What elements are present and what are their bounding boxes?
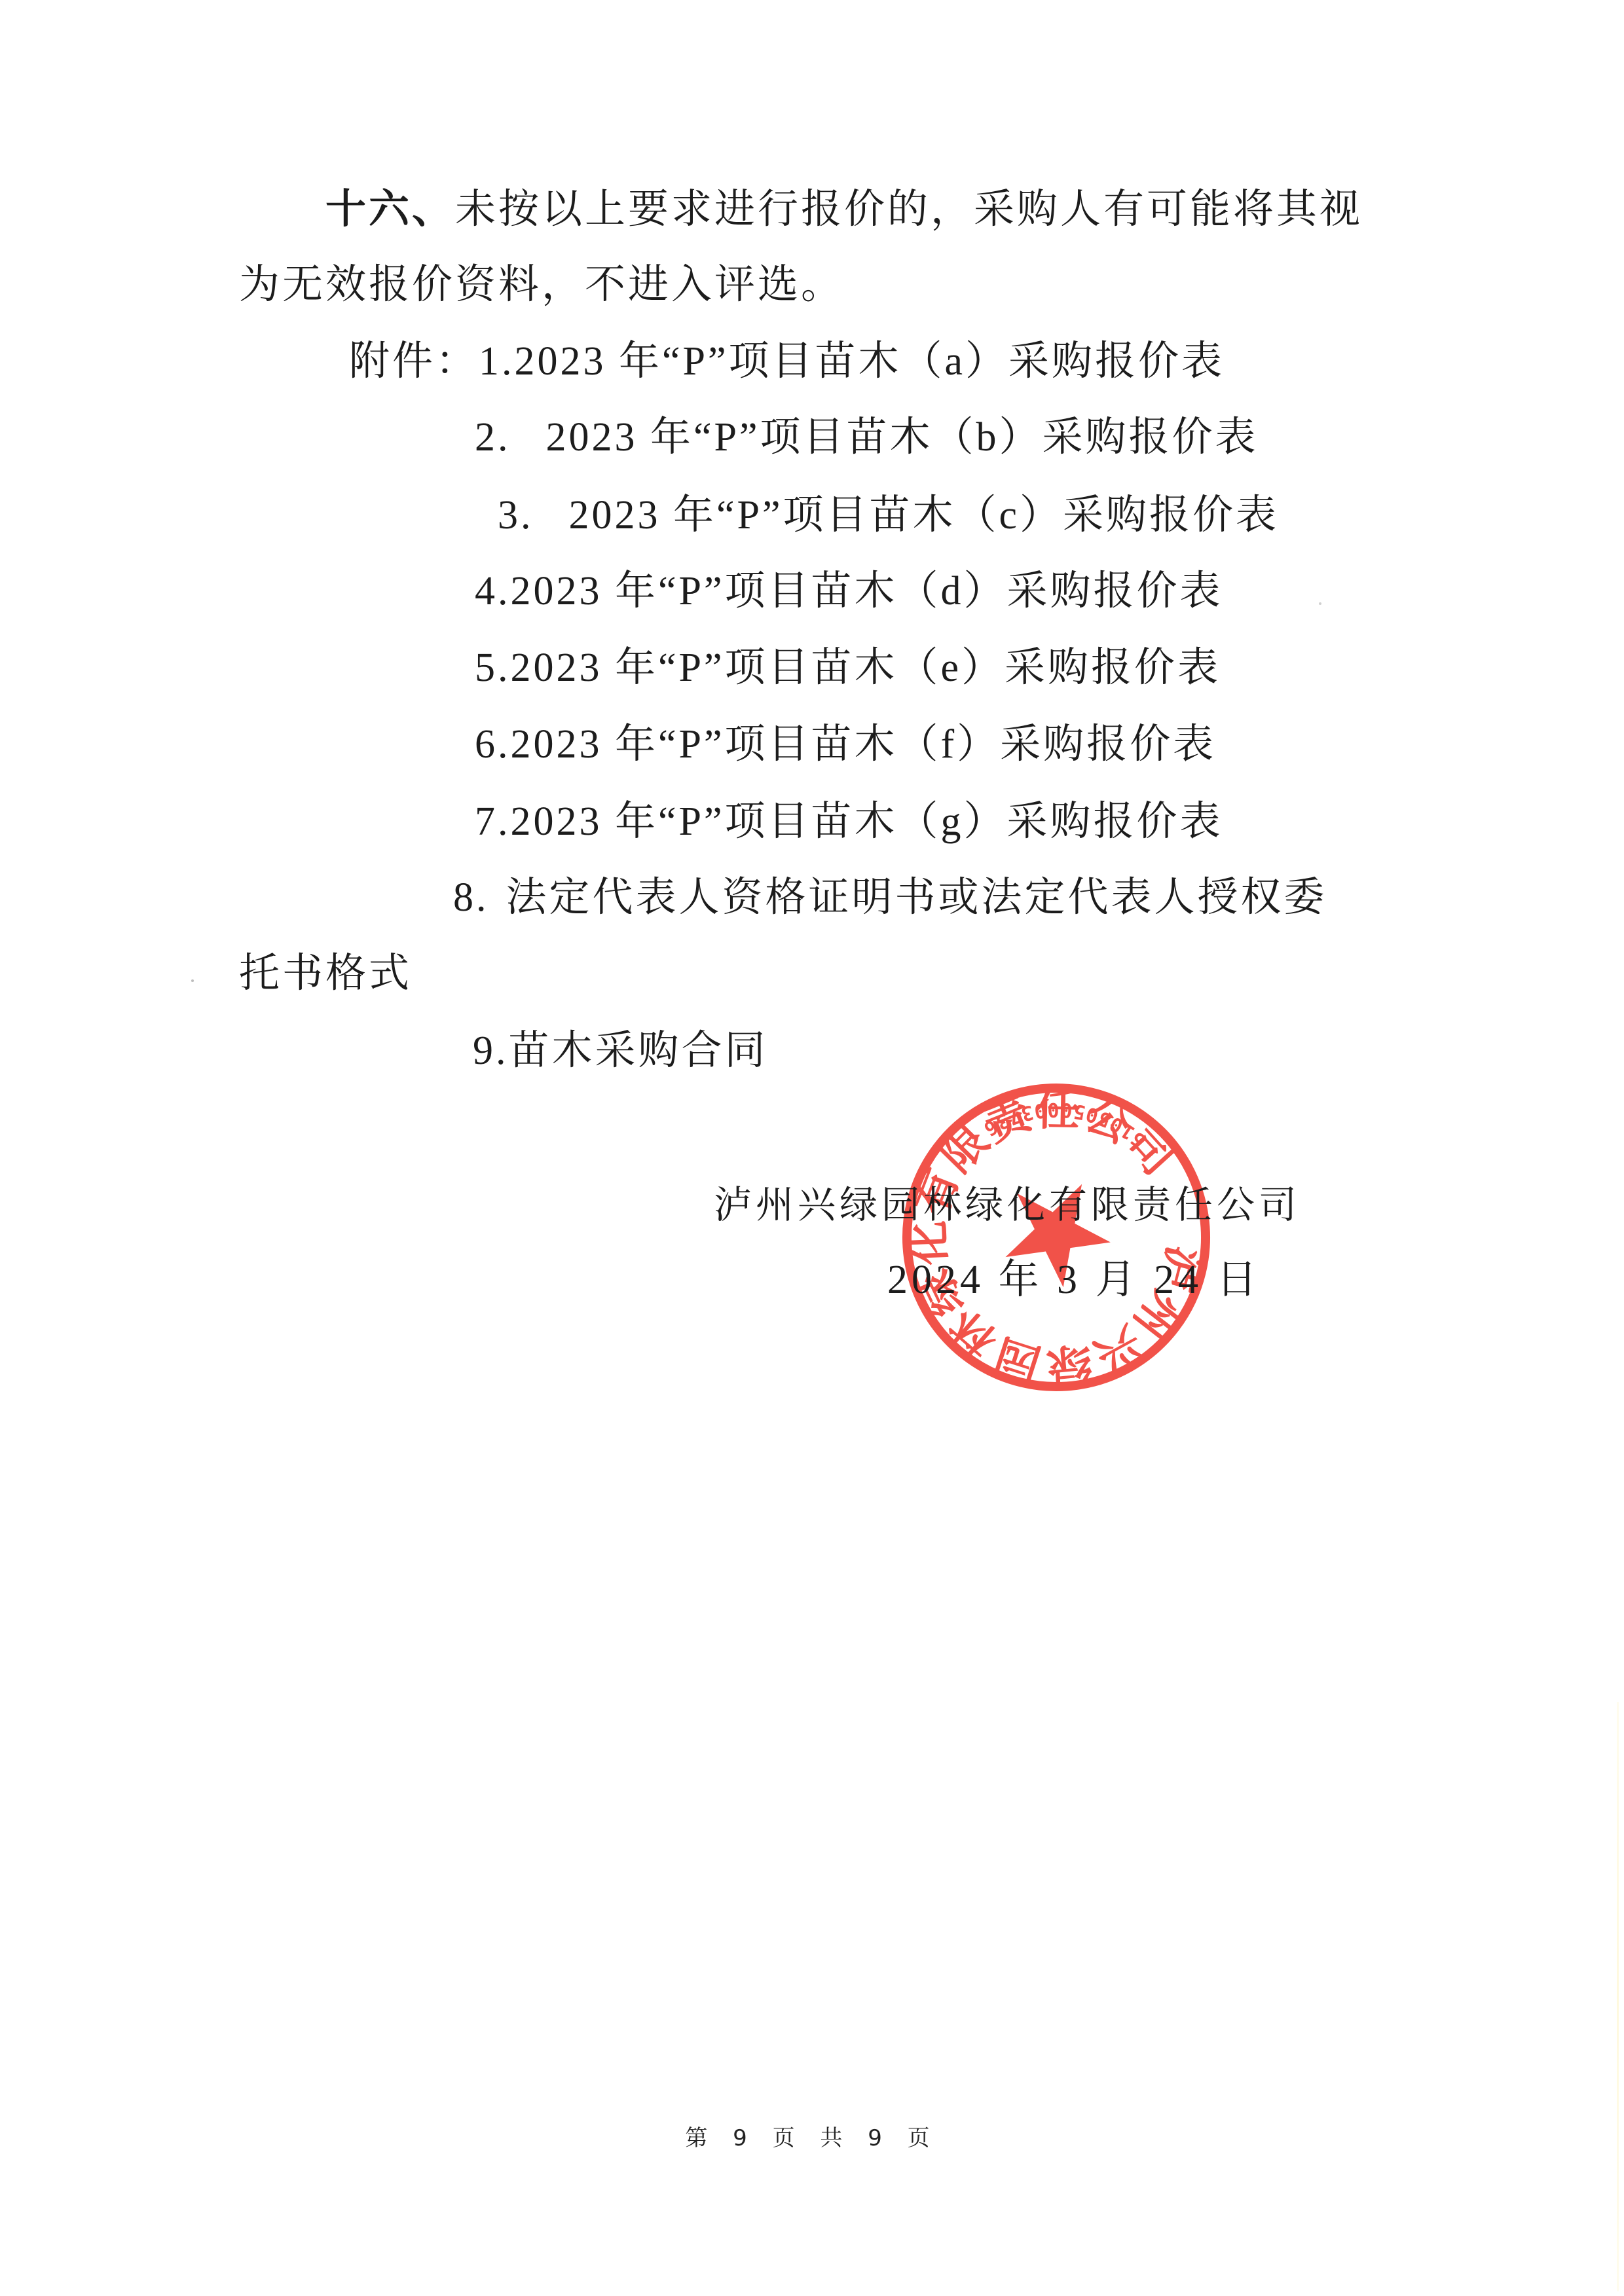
attachment-number: 1. [479, 339, 515, 384]
attachment-text: 2023 年“P”项目苗木（c）采购报价表 [569, 493, 1280, 538]
attachment-text: 2023 年“P”项目苗木（a）采购报价表 [515, 339, 1225, 384]
clause-16-number: 十六、 [325, 187, 455, 232]
attachment-item-6: 6.2023 年“P”项目苗木（f）采购报价表 [475, 721, 1216, 767]
scan-edge-line [1617, 1702, 1619, 2291]
page-number-footer: 第 9 页 共 9 页 [0, 2120, 1624, 2152]
attachment-item-3: 3.2023 年“P”项目苗木（c）采购报价表 [498, 492, 1279, 538]
attachment-text: 2023 年“P”项目苗木（e）采购报价表 [511, 646, 1221, 690]
attachment-number: 4. [475, 569, 511, 613]
attachment-text: 2023 年“P”项目苗木（b）采购报价表 [546, 415, 1259, 460]
attachment-text: 2023 年“P”项目苗木（g）采购报价表 [511, 799, 1223, 844]
attachment-number: 3. [498, 493, 534, 538]
signature-date: 2024 年 3 月 24 日 [887, 1257, 1261, 1303]
attachment-item-8-continuation: 托书格式 [239, 951, 412, 996]
attachment-item-5: 5.2023 年“P”项目苗木（e）采购报价表 [475, 645, 1221, 691]
attachment-text: 法定代表人资格证明书或法定代表人授权委 [506, 875, 1327, 920]
scan-speck [191, 979, 194, 982]
attachment-number: 8. [453, 875, 489, 920]
attachment-number: 9. [473, 1029, 509, 1073]
attachment-number: 6. [475, 722, 511, 767]
clause-16-line-2: 为无效报价资料，不进入评选。 [239, 262, 844, 308]
attachments-label: 附件： [349, 339, 479, 384]
attachment-item-9: 9.苗木采购合同 [473, 1028, 768, 1074]
attachment-text: 苗木采购合同 [509, 1029, 768, 1073]
attachment-item-2: 2.2023 年“P”项目苗木（b）采购报价表 [475, 414, 1259, 460]
clause-16-line-1: 十六、未按以上要求进行报价的，采购人有可能将其视 [325, 187, 1363, 232]
official-seal-stamp: 泸州兴绿园林绿化有限责任公司 5105050003736 [896, 1077, 1217, 1398]
attachment-text: 2023 年“P”项目苗木（f）采购报价表 [511, 722, 1217, 767]
document-page: 十六、未按以上要求进行报价的，采购人有可能将其视 为无效报价资料，不进入评选。 … [0, 0, 1624, 2296]
attachment-number: 2. [475, 415, 511, 460]
signature-company-name: 泸州兴绿园林绿化有限责任公司 [714, 1182, 1301, 1228]
attachment-number: 7. [475, 799, 511, 844]
attachment-item-8: 8.法定代表人资格证明书或法定代表人授权委 [453, 875, 1327, 920]
attachment-number: 5. [475, 646, 511, 690]
attachment-item-4: 4.2023 年“P”项目苗木（d）采购报价表 [475, 568, 1223, 614]
attachment-item-1: 附件：1.2023 年“P”项目苗木（a）采购报价表 [349, 338, 1225, 384]
clause-16-text: 未按以上要求进行报价的，采购人有可能将其视 [455, 187, 1363, 232]
attachment-item-7: 7.2023 年“P”项目苗木（g）采购报价表 [475, 799, 1223, 845]
scan-speck [1319, 602, 1321, 605]
attachment-text: 2023 年“P”项目苗木（d）采购报价表 [511, 569, 1223, 613]
